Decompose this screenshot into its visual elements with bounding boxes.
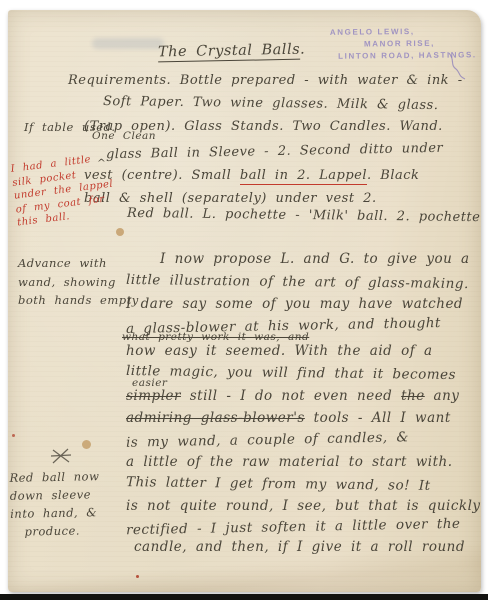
body-line-12: is not quite round, I see, but that is q… xyxy=(126,499,481,514)
scribble-cross-mark xyxy=(50,446,72,466)
ghost-text-smudge xyxy=(92,38,164,49)
body-line-8: admiring glass-blower's tools - All I wa… xyxy=(126,411,451,426)
body-line-5: how easy it seemed. With the aid of a xyxy=(126,344,433,359)
requirements-line-5-red-underlined: ball in 2. Lappel xyxy=(240,168,367,185)
body-line-3: I dare say some of you may have watched xyxy=(126,297,463,312)
body-line-7-struck-the: the xyxy=(401,388,425,404)
margin-note-advance: Advance with wand, showing both hands em… xyxy=(18,254,139,310)
margin-note-if-table-used: If table used. xyxy=(24,121,116,134)
margin-note-red-silk-pocket: I had a little silk pocket under the lap… xyxy=(10,151,117,230)
foxing-spot xyxy=(82,440,91,449)
red-ball-note-line: into hand, & xyxy=(10,503,100,523)
margin-note-red-ball: Red ball now down sleeve into hand, & pr… xyxy=(9,467,100,541)
body-line-7-end: any xyxy=(425,388,460,404)
page-title-period: . xyxy=(300,42,305,58)
red-ink-dot xyxy=(12,434,15,437)
body-struck-insert: what pretty work it was, and xyxy=(122,332,309,344)
requirements-line-5: vest (centre). Small ball in 2. Lappel. … xyxy=(84,169,419,183)
body-line-1: I now propose L. and G. to give you a xyxy=(160,252,470,267)
red-ink-dot xyxy=(136,575,139,578)
red-ball-note-line: Red ball now xyxy=(9,467,99,487)
photo-border xyxy=(0,594,488,600)
body-line-7: simpler still - I do not even need the a… xyxy=(126,389,459,404)
body-line-10: a little of the raw material to start wi… xyxy=(126,455,452,470)
manuscript-page: ANGELO LEWIS, MANOR RISE, LINTON ROAD, H… xyxy=(0,0,488,600)
body-line-14: candle, and then, if I give it a roll ro… xyxy=(134,540,465,555)
requirements-line-6: ball & shell (separately) under vest 2. xyxy=(84,192,377,206)
advance-note-line: Advance with xyxy=(18,254,139,273)
foxing-spot xyxy=(116,228,124,236)
page-title-text: The Crystal Balls xyxy=(158,42,300,63)
body-line-7-mid: still - I do not even need xyxy=(181,388,401,404)
advance-note-line: wand, showing xyxy=(18,273,139,292)
body-line-7-struck-simpler: simpler xyxy=(126,388,181,404)
advance-note-line: both hands empty xyxy=(18,291,139,310)
page-title: The Crystal Balls. xyxy=(158,43,305,62)
body-line-8-struck: admiring glass-blower's xyxy=(126,410,305,426)
requirements-line-5-post: . Black xyxy=(367,168,419,183)
red-ball-note-line: down sleeve xyxy=(10,485,100,505)
requirements-line-1: Requirements. Bottle prepared - with wat… xyxy=(68,74,463,88)
body-line-8-end: tools - All I want xyxy=(305,410,451,426)
red-ball-note-line: produce. xyxy=(24,521,100,540)
